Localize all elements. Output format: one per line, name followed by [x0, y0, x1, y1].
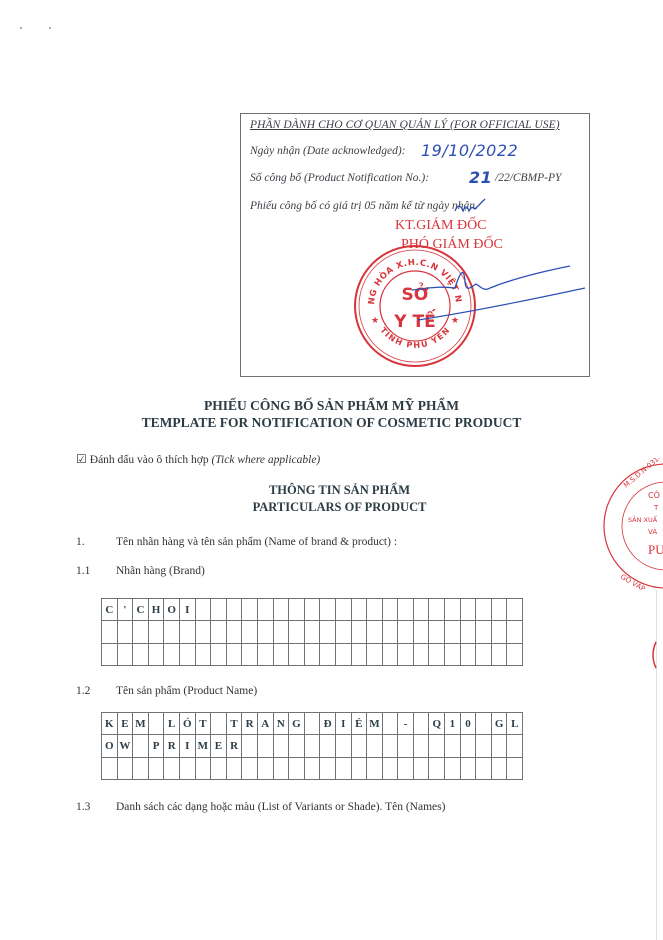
grid-cell [445, 643, 461, 665]
grid-cell [460, 621, 476, 643]
grid-cell [413, 621, 429, 643]
grid-cell [102, 643, 118, 665]
grid-cell [335, 643, 351, 665]
item-1-3-variants: 1.3Danh sách các dạng hoặc màu (List of … [76, 801, 445, 813]
grid-cell [445, 599, 461, 621]
scan-speck [20, 27, 22, 29]
grid-cell [289, 757, 305, 779]
grid-cell: R [242, 713, 258, 735]
item-label: Nhãn hàng (Brand) [116, 565, 205, 577]
grid-cell [398, 599, 414, 621]
grid-cell [289, 735, 305, 757]
grid-cell [351, 735, 367, 757]
grid-cell: Đ [320, 713, 336, 735]
grid-cell [367, 621, 383, 643]
grid-cell [242, 735, 258, 757]
grid-cell: I [179, 735, 195, 757]
grid-cell: G [491, 713, 507, 735]
grid-cell [273, 621, 289, 643]
grid-cell [195, 757, 211, 779]
item-label: Tên nhãn hàng và tên sản phẩm (Name of b… [116, 536, 397, 548]
grid-cell: P [148, 735, 164, 757]
grid-cell [117, 757, 133, 779]
grid-cell: E [211, 735, 227, 757]
grid-cell [242, 643, 258, 665]
official-use-title: PHẦN DÀNH CHO CƠ QUAN QUẢN LÝ (FOR OFFIC… [250, 119, 560, 131]
grid-cell: H [148, 599, 164, 621]
grid-cell [382, 599, 398, 621]
svg-text:SẢN XUẤ: SẢN XUẤ [628, 514, 658, 524]
grid-cell: Ó [179, 713, 195, 735]
svg-text:VÀ: VÀ [648, 527, 657, 536]
grid-cell [320, 735, 336, 757]
grid-cell [429, 621, 445, 643]
item-label: Tên sản phẩm (Product Name) [116, 685, 257, 697]
grid-cell [289, 621, 305, 643]
grid-cell [195, 621, 211, 643]
checked-box-icon: ☑ [76, 452, 87, 466]
grid-cell [211, 621, 227, 643]
grid-cell [445, 735, 461, 757]
grid-cell [226, 643, 242, 665]
grid-cell [335, 735, 351, 757]
grid-cell [242, 621, 258, 643]
grid-cell [491, 599, 507, 621]
grid-cell [133, 735, 149, 757]
grid-cell [304, 599, 320, 621]
grid-row: KEMLÓTTRANGĐIÉM-Q10GL [102, 713, 523, 735]
grid-cell [257, 621, 273, 643]
grid-row [102, 643, 523, 665]
grid-cell [226, 599, 242, 621]
company-stamp-partial: M.S.D.N:03140 CÔ T SẢN XUẤ VÀ PU GÒ VẤP [598, 458, 663, 608]
grid-cell [445, 621, 461, 643]
grid-cell [476, 599, 492, 621]
grid-cell [195, 643, 211, 665]
grid-cell [242, 757, 258, 779]
grid-cell: T [226, 713, 242, 735]
grid-cell [257, 643, 273, 665]
grid-cell [398, 621, 414, 643]
grid-cell [273, 735, 289, 757]
grid-cell [179, 643, 195, 665]
grid-cell [164, 621, 180, 643]
grid-cell [367, 757, 383, 779]
grid-cell: - [398, 713, 414, 735]
grid-cell [257, 757, 273, 779]
notification-number-suffix: /22/CBMP-PY [495, 172, 561, 184]
notification-number-label: Số công bố (Product Notification No.): [250, 172, 429, 184]
grid-cell [398, 757, 414, 779]
signature [410, 262, 590, 332]
grid-cell [273, 757, 289, 779]
grid-cell [507, 757, 523, 779]
grid-cell [320, 757, 336, 779]
grid-row: OWPRIMER [102, 735, 523, 757]
grid-cell [413, 735, 429, 757]
grid-cell [273, 599, 289, 621]
grid-cell [382, 713, 398, 735]
grid-cell [476, 735, 492, 757]
grid-cell: M [133, 713, 149, 735]
grid-cell [476, 757, 492, 779]
grid-cell: I [179, 599, 195, 621]
grid-cell: R [164, 735, 180, 757]
notification-number-value: 21 [469, 168, 492, 187]
svg-text:GÒ VẤP: GÒ VẤP [619, 571, 647, 593]
grid-cell: N [273, 713, 289, 735]
grid-cell: M [195, 735, 211, 757]
grid-cell [102, 621, 118, 643]
grid-cell [304, 621, 320, 643]
grid-cell [335, 599, 351, 621]
grid-cell [382, 735, 398, 757]
grid-cell [445, 757, 461, 779]
grid-cell: 0 [460, 713, 476, 735]
grid-cell [226, 621, 242, 643]
grid-cell [117, 643, 133, 665]
grid-row [102, 621, 523, 643]
grid-cell: T [195, 713, 211, 735]
grid-cell [320, 599, 336, 621]
grid-cell [351, 757, 367, 779]
grid-cell [211, 599, 227, 621]
grid-cell [148, 643, 164, 665]
grid-cell: ' [117, 599, 133, 621]
grid-cell: I [335, 713, 351, 735]
item-number: 1.3 [76, 801, 116, 813]
grid-cell: A [257, 713, 273, 735]
grid-cell [179, 757, 195, 779]
grid-cell [289, 599, 305, 621]
grid-cell [226, 757, 242, 779]
grid-cell [398, 643, 414, 665]
grid-cell [382, 621, 398, 643]
grid-cell [133, 757, 149, 779]
form-title-en: TEMPLATE FOR NOTIFICATION OF COSMETIC PR… [0, 415, 663, 431]
item-label: Danh sách các dạng hoặc màu (List of Var… [116, 801, 445, 813]
grid-cell [491, 757, 507, 779]
item-number: 1.1 [76, 565, 116, 577]
section-title-vi: THÔNG TIN SẢN PHẨM [8, 483, 663, 498]
grid-cell: Q [429, 713, 445, 735]
initials-scribble [453, 197, 489, 217]
grid-cell: M [367, 713, 383, 735]
grid-cell [367, 643, 383, 665]
grid-cell [367, 735, 383, 757]
grid-cell [211, 713, 227, 735]
grid-cell [429, 757, 445, 779]
grid-cell [195, 599, 211, 621]
grid-cell [351, 643, 367, 665]
date-acknowledged-label: Ngày nhận (Date acknowledged): [250, 145, 406, 157]
grid-cell [382, 643, 398, 665]
brand-character-grid: C'CHOI [101, 598, 523, 666]
grid-cell [460, 735, 476, 757]
grid-cell [491, 621, 507, 643]
grid-cell [507, 599, 523, 621]
grid-cell [413, 713, 429, 735]
grid-cell [273, 643, 289, 665]
grid-cell: K [102, 713, 118, 735]
grid-cell [148, 757, 164, 779]
date-acknowledged-value: 19/10/2022 [421, 141, 518, 160]
grid-cell [460, 643, 476, 665]
red-mark [650, 640, 658, 670]
item-number: 1. [76, 536, 116, 548]
grid-cell [507, 621, 523, 643]
grid-cell [351, 599, 367, 621]
grid-cell [320, 643, 336, 665]
item-1: 1.Tên nhãn hàng và tên sản phẩm (Name of… [76, 536, 397, 548]
stamp-star-icon: ★ [371, 315, 379, 325]
grid-cell: G [289, 713, 305, 735]
grid-cell [304, 643, 320, 665]
grid-cell [164, 643, 180, 665]
grid-cell [429, 599, 445, 621]
grid-cell [304, 757, 320, 779]
grid-cell [257, 735, 273, 757]
grid-cell [460, 599, 476, 621]
grid-cell [476, 713, 492, 735]
grid-cell [148, 713, 164, 735]
grid-row: C'CHOI [102, 599, 523, 621]
grid-cell [211, 643, 227, 665]
svg-text:PU: PU [648, 542, 663, 557]
grid-cell [133, 643, 149, 665]
product-name-character-grid: KEMLÓTTRANGĐIÉM-Q10GLOWPRIMER [101, 712, 523, 780]
grid-cell [382, 757, 398, 779]
grid-cell: O [164, 599, 180, 621]
tick-instruction: ☑Đánh dấu vào ô thích hợp (Tick where ap… [76, 452, 320, 466]
grid-cell: E [117, 713, 133, 735]
form-title-vi: PHIẾU CÔNG BỐ SẢN PHẨM MỸ PHẨM [0, 398, 663, 414]
grid-cell: C [133, 599, 149, 621]
grid-cell [476, 621, 492, 643]
grid-cell [367, 599, 383, 621]
item-number: 1.2 [76, 685, 116, 697]
grid-cell [335, 621, 351, 643]
grid-cell [179, 621, 195, 643]
grid-cell [507, 643, 523, 665]
grid-cell [351, 621, 367, 643]
grid-cell [476, 643, 492, 665]
grid-cell: C [102, 599, 118, 621]
validity-note: Phiếu công bố có giá trị 05 năm kể từ ng… [250, 200, 478, 212]
grid-cell [257, 599, 273, 621]
section-title-en: PARTICULARS OF PRODUCT [8, 500, 663, 515]
grid-cell [398, 735, 414, 757]
grid-cell: L [164, 713, 180, 735]
item-1-2-product-name: 1.2Tên sản phẩm (Product Name) [76, 685, 257, 697]
grid-cell: 1 [445, 713, 461, 735]
grid-cell: W [117, 735, 133, 757]
grid-cell: É [351, 713, 367, 735]
grid-cell [335, 757, 351, 779]
grid-cell [507, 735, 523, 757]
grid-row [102, 757, 523, 779]
grid-cell [117, 621, 133, 643]
grid-cell: L [507, 713, 523, 735]
grid-cell [460, 757, 476, 779]
grid-cell [429, 643, 445, 665]
grid-cell [413, 757, 429, 779]
grid-cell [148, 621, 164, 643]
grid-cell [429, 735, 445, 757]
grid-cell [304, 713, 320, 735]
item-1-1-brand: 1.1Nhãn hàng (Brand) [76, 565, 205, 577]
grid-cell [491, 643, 507, 665]
grid-cell [102, 757, 118, 779]
grid-cell [242, 599, 258, 621]
grid-cell [211, 757, 227, 779]
grid-cell [304, 735, 320, 757]
grid-cell [413, 643, 429, 665]
grid-cell [164, 757, 180, 779]
tick-instruction-text: Đánh dấu vào ô thích hợp [90, 454, 212, 466]
grid-cell [289, 643, 305, 665]
grid-cell: R [226, 735, 242, 757]
grid-cell [320, 621, 336, 643]
grid-cell [133, 621, 149, 643]
tick-instruction-italic: (Tick where applicable) [211, 454, 320, 466]
grid-cell [413, 599, 429, 621]
scan-speck [49, 27, 51, 29]
signer-title-line1: KT.GIÁM ĐỐC [395, 218, 487, 234]
grid-cell [491, 735, 507, 757]
grid-cell: O [102, 735, 118, 757]
